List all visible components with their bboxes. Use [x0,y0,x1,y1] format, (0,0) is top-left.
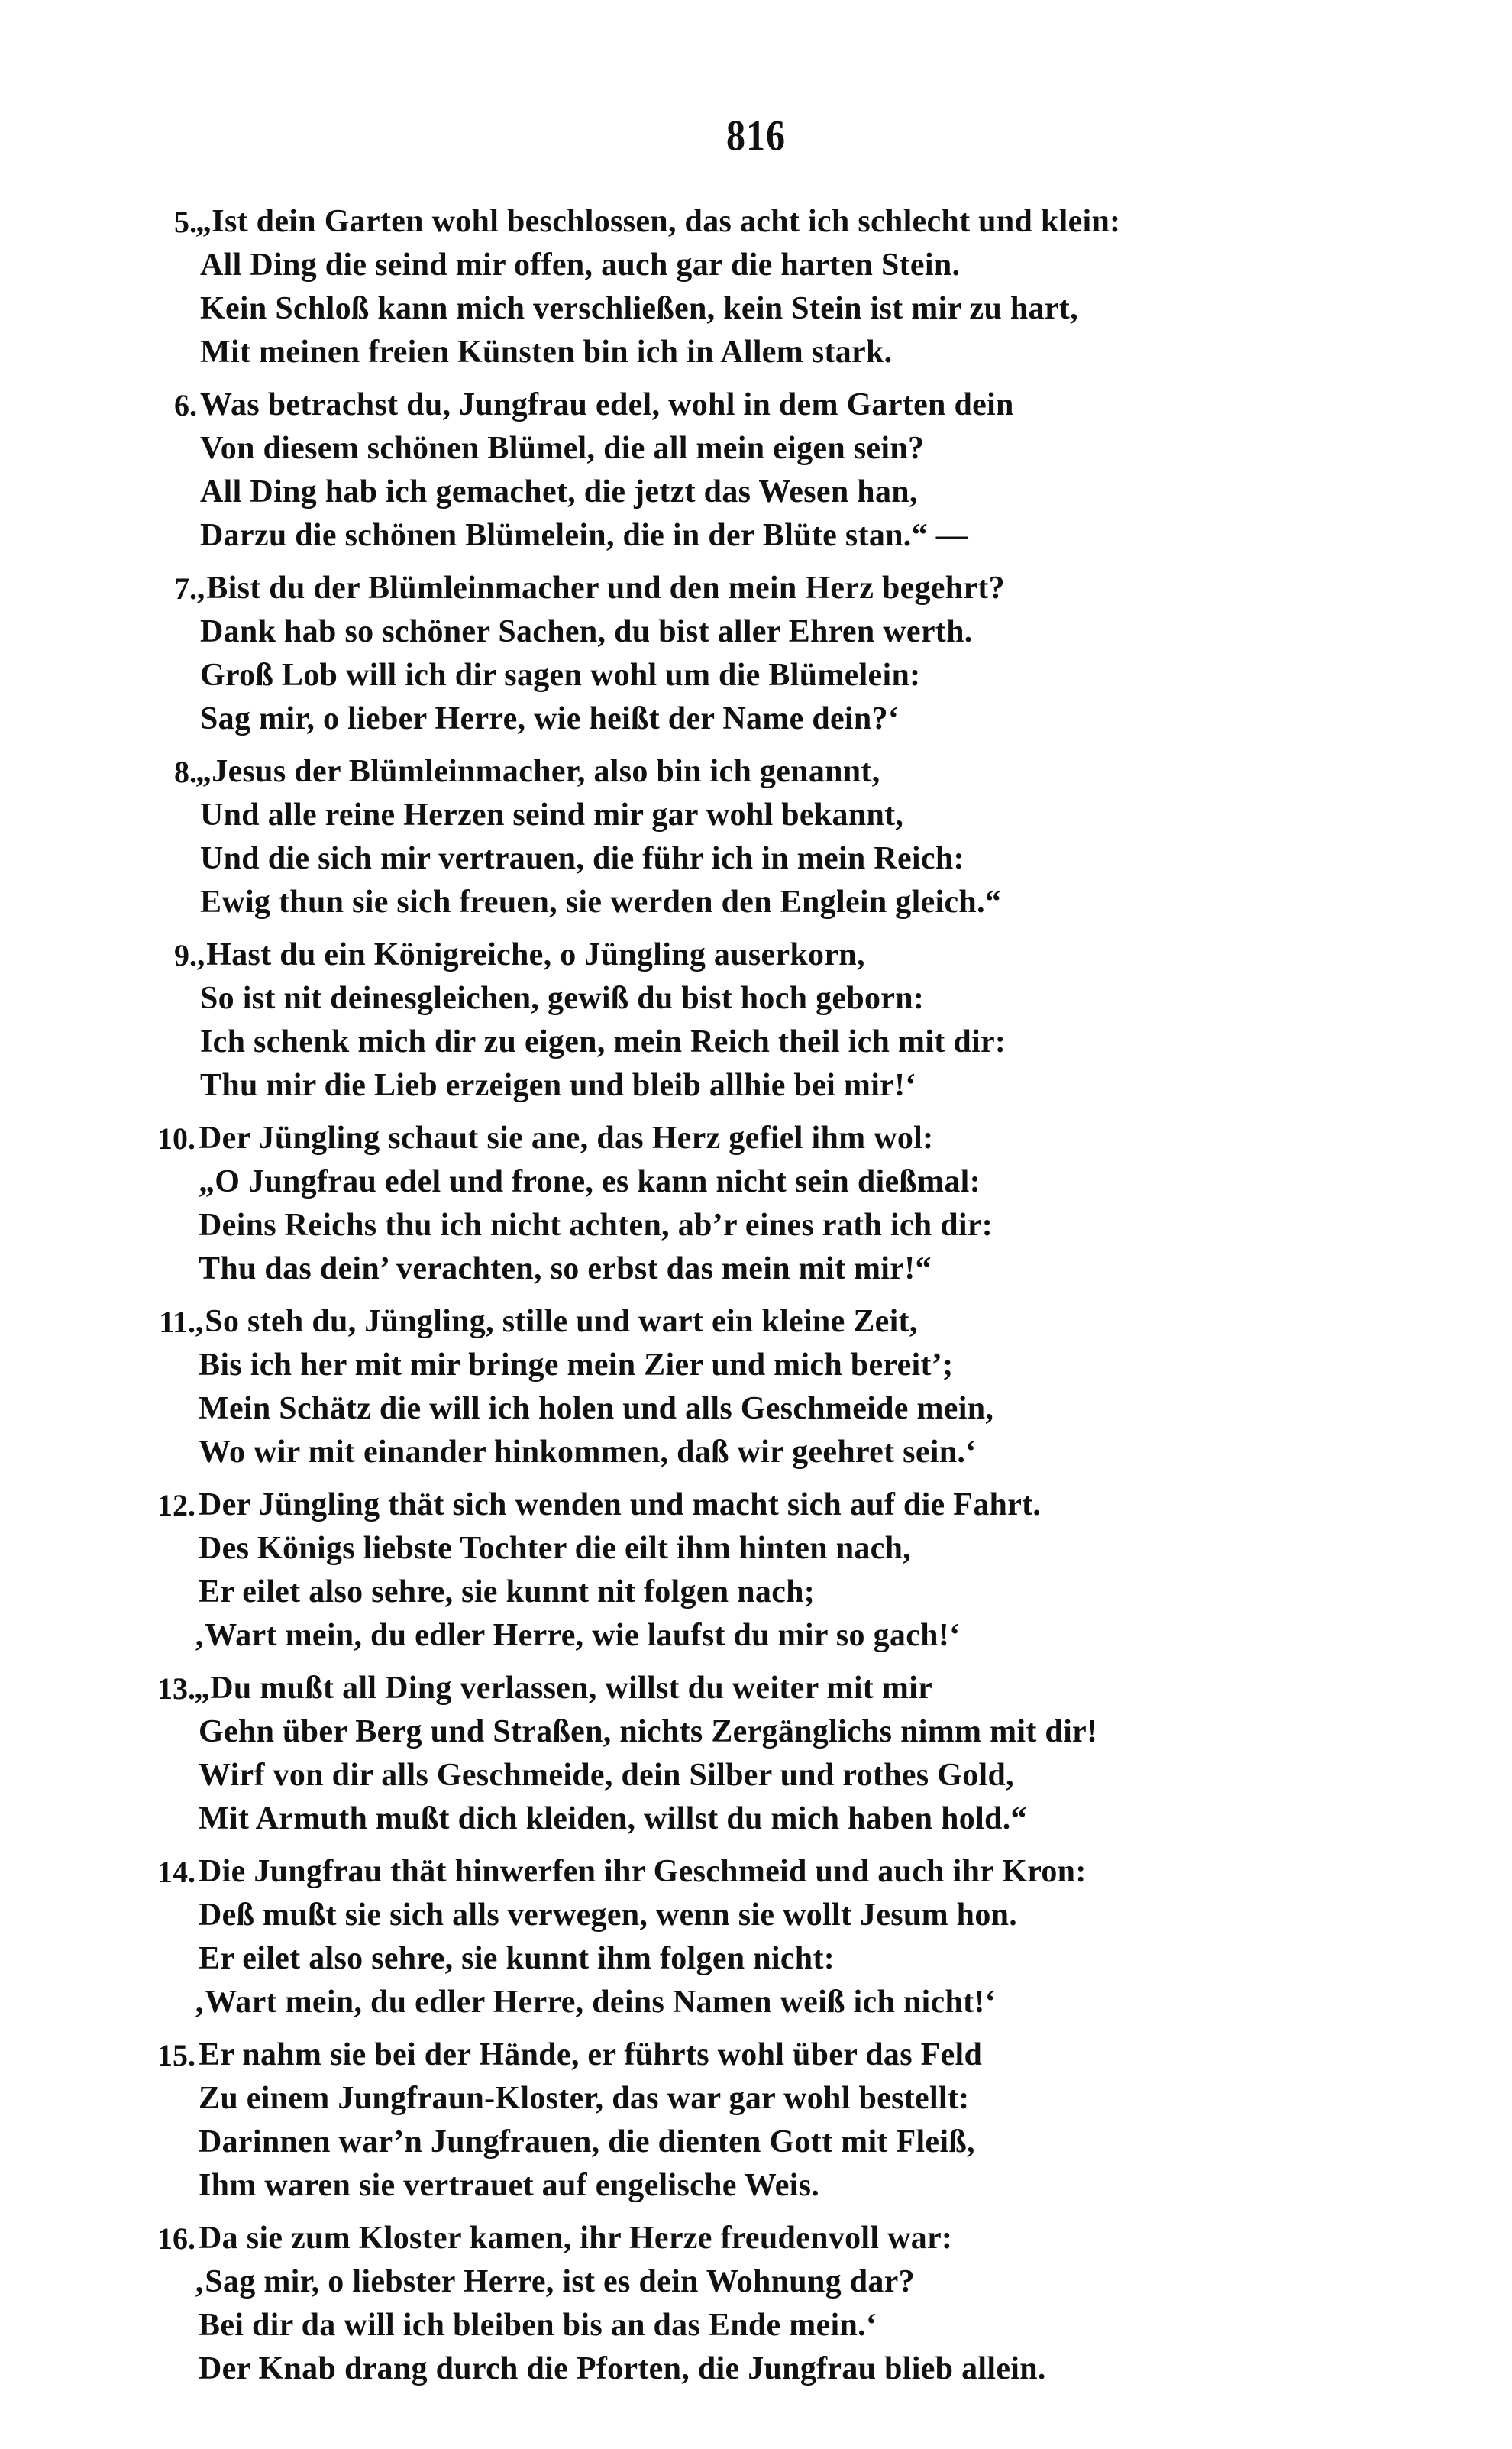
stanza-number: 10. [130,1117,199,1291]
stanza-number: 13. [130,1667,199,1841]
verse-line: ‚Bist du der Blümleinmacher und den mein… [195,567,1430,610]
verse-line: Ich schenk mich dir zu eigen, mein Reich… [200,1021,1430,1064]
stanza-10: 10. Der Jüngling schaut sie ane, das Her… [131,1117,1430,1291]
verse-line: Mein Schätz die will ich holen und alls … [199,1387,1430,1431]
stanza-9: 9. ‚Hast du ein Königreiche, o Jüngling … [131,933,1430,1108]
stanza-number: 11. [130,1300,199,1474]
verse-line: Da sie zum Kloster kamen, ihr Herze freu… [199,2217,1430,2260]
stanza-6: 6. Was betrachst du, Jungfrau edel, wohl… [131,383,1430,558]
verse-line: Der Jüngling thät sich wenden und macht … [199,1483,1430,1527]
verse-line: ‚Wart mein, du edler Herre, wie laufst d… [194,1614,1430,1658]
stanza-13: 13. „Du mußt all Ding verlassen, willst … [131,1667,1430,1841]
verse-line: Der Jüngling schaut sie ane, das Herz ge… [199,1117,1430,1160]
verse-line: Ewig thun sie sich freuen, sie werden de… [200,881,1430,924]
verse-line: Bis ich her mit mir bringe mein Zier und… [199,1344,1430,1387]
stanza-12: 12. Der Jüngling thät sich wenden und ma… [131,1483,1430,1658]
verse-line: ‚Wart mein, du edler Herre, deins Namen … [194,1981,1430,2024]
stanza-number: 7. [131,567,200,741]
stanza-number: 8. [131,750,200,924]
verse-line: Bei dir da will ich bleiben bis an das E… [199,2304,1430,2347]
stanza-number: 15. [130,2033,199,2208]
verse-line: Thu das dein’ verachten, so erbst das me… [199,1247,1430,1291]
verse-line: ‚Sag mir, o liebster Herre, ist es dein … [194,2260,1430,2304]
verse-line: „Jesus der Blümleinmacher, also bin ich … [195,750,1430,794]
poem-body: 5. „Ist dein Garten wohl beschlossen, da… [131,200,1430,2400]
verse-line: „Ist dein Garten wohl beschlossen, das a… [195,200,1430,244]
verse-line: Er eilet also sehre, sie kunnt nit folge… [199,1571,1430,1614]
verse-line: ‚So steh du, Jüngling, stille und wart e… [194,1300,1430,1344]
stanza-11: 11. ‚So steh du, Jüngling, stille und wa… [131,1300,1430,1474]
verse-line: Die Jungfrau thät hinwerfen ihr Geschmei… [199,1850,1430,1894]
stanza-7: 7. ‚Bist du der Blümleinmacher und den m… [131,567,1430,741]
stanza-number: 5. [131,200,200,374]
verse-line: „O Jungfrau edel und frone, es kann nich… [199,1160,1430,1204]
verse-line: ‚Hast du ein Königreiche, o Jüngling aus… [195,933,1430,977]
verse-line: Zu einem Jungfraun-Kloster, das war gar … [199,2077,1430,2121]
stanza-16: 16. Da sie zum Kloster kamen, ihr Herze … [131,2217,1430,2391]
verse-line: „Du mußt all Ding verlassen, willst du w… [194,1667,1430,1710]
verse-line: Der Knab drang durch die Pforten, die Ju… [199,2347,1430,2391]
verse-line: Deins Reichs thu ich nicht achten, ab’r … [199,1204,1430,1247]
stanza-number: 9. [131,933,200,1108]
verse-line: Wo wir mit einander hinkommen, daß wir g… [199,1431,1430,1474]
verse-line: Mit Armuth mußt dich kleiden, willst du … [199,1797,1430,1841]
verse-line: Ihm waren sie vertrauet auf engelische W… [199,2164,1430,2208]
stanza-number: 6. [131,383,200,558]
verse-line: Deß mußt sie sich alls verwegen, wenn si… [199,1894,1430,1937]
verse-line: Des Königs liebste Tochter die eilt ihm … [199,1527,1430,1571]
stanza-number: 16. [130,2217,199,2391]
verse-line: All Ding die seind mir offen, auch gar d… [200,244,1430,287]
verse-line: Was betrachst du, Jungfrau edel, wohl in… [200,383,1430,427]
verse-line: Mit meinen freien Künsten bin ich in All… [200,331,1430,374]
stanza-number: 12. [130,1483,199,1658]
verse-line: Er nahm sie bei der Hände, er führts woh… [199,2033,1430,2077]
verse-line: Und alle reine Herzen seind mir gar wohl… [200,794,1430,837]
verse-line: Gehn über Berg und Straßen, nichts Zergä… [199,1710,1430,1754]
verse-line: Kein Schloß kann mich verschließen, kein… [200,287,1430,331]
stanza-14: 14. Die Jungfrau thät hinwerfen ihr Gesc… [131,1850,1430,2024]
verse-line: Wirf von dir alls Geschmeide, dein Silbe… [199,1754,1430,1797]
verse-line: Thu mir die Lieb erzeigen und bleib allh… [200,1064,1430,1108]
stanza-number: 14. [130,1850,199,2024]
stanza-15: 15. Er nahm sie bei der Hände, er führts… [131,2033,1430,2208]
verse-line: All Ding hab ich gemachet, die jetzt das… [200,471,1430,514]
verse-line: So ist nit deinesgleichen, gewiß du bist… [200,977,1430,1021]
verse-line: Dank hab so schöner Sachen, du bist alle… [200,610,1430,654]
verse-line: Darinnen war’n Jungfrauen, die dienten G… [199,2121,1430,2164]
verse-line: Er eilet also sehre, sie kunnt ihm folge… [199,1937,1430,1981]
page-number: 816 [0,110,1512,161]
verse-line: Sag mir, o lieber Herre, wie heißt der N… [200,697,1430,741]
verse-line: Von diesem schönen Blümel, die all mein … [200,427,1430,471]
verse-line: Und die sich mir vertrauen, die führ ich… [200,837,1430,881]
stanza-5: 5. „Ist dein Garten wohl beschlossen, da… [131,200,1430,374]
verse-line: Groß Lob will ich dir sagen wohl um die … [200,654,1430,697]
stanza-8: 8. „Jesus der Blümleinmacher, also bin i… [131,750,1430,924]
verse-line: Darzu die schönen Blümelein, die in der … [200,514,1430,558]
